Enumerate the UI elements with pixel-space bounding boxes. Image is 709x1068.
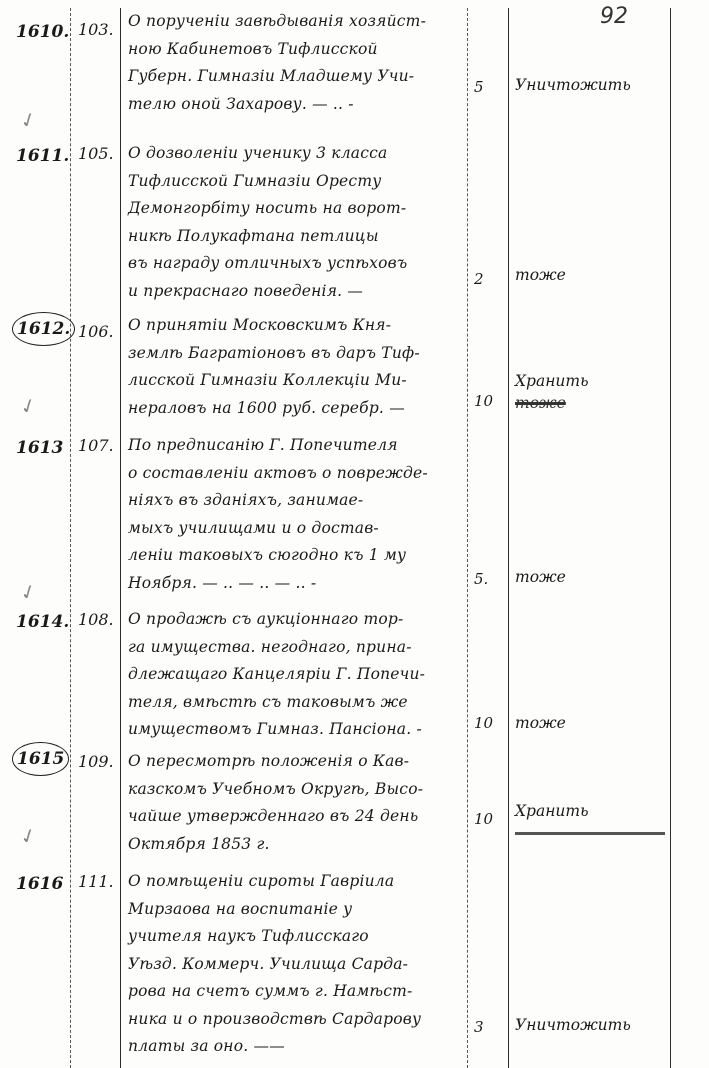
register-number-circled: 1615 [12, 742, 69, 776]
column-divider-sheets [508, 8, 509, 1068]
column-divider-content [467, 8, 468, 1068]
check-mark-icon: ✓ [16, 106, 40, 134]
register-number: 1614. [16, 612, 69, 632]
page-number: 92 [600, 4, 628, 29]
entry-text: О продажѣ съ аукціоннаго тор-га имуществ… [128, 606, 463, 744]
register-number-circled: 1612. [12, 312, 75, 346]
entry-text: О дозволеніи ученику 3 классаТифлисской … [128, 140, 463, 305]
item-number: 109. [78, 752, 114, 771]
register-number: 1613 [16, 438, 63, 458]
disposition: Уничтожить [515, 1016, 631, 1034]
disposition: тоже [515, 266, 566, 284]
item-number: 103. [78, 20, 114, 39]
item-number: 105. [78, 144, 114, 163]
underline-mark [515, 832, 665, 835]
disposition: Хранить [515, 372, 589, 390]
disposition: тоже [515, 568, 566, 586]
sheet-count: 2 [474, 270, 484, 288]
sheet-count: 5 [474, 78, 484, 96]
disposition: Уничтожить [515, 76, 631, 94]
sheet-count: 3 [474, 1018, 484, 1036]
disposition: Хранить [515, 802, 589, 820]
disposition: тоже [515, 714, 566, 732]
item-number: 106. [78, 322, 114, 341]
register-number: 1611. [16, 146, 69, 166]
entry-text: По предписанію Г. Попечителяо составлені… [128, 432, 463, 597]
archival-register-page: 92 1610. 103. О порученіи завѣдыванія хо… [0, 0, 709, 1068]
column-divider-reg [70, 8, 71, 1068]
entry-text: О принятіи Московскимъ Кня-землѣ Баграті… [128, 312, 463, 422]
sheet-count: 5. [474, 570, 488, 588]
item-number: 111. [78, 872, 114, 891]
check-mark-icon: ✓ [16, 822, 40, 850]
entry-text: О порученіи завѣдыванія хозяйст-ною Каби… [128, 8, 463, 118]
sheet-count: 10 [474, 392, 493, 410]
item-number: 107. [78, 436, 114, 455]
disposition-struck: тоже [515, 394, 566, 412]
check-mark-icon: ✓ [16, 578, 40, 606]
sheet-count: 10 [474, 714, 493, 732]
register-number: 1616 [16, 874, 63, 894]
column-divider-disposition [670, 8, 671, 1068]
entry-text: О помѣщеніи сироты ГавріилаМирзаова на в… [128, 868, 463, 1061]
sheet-count: 10 [474, 810, 493, 828]
column-divider-num [120, 8, 121, 1068]
register-number: 1610. [16, 22, 69, 42]
item-number: 108. [78, 610, 114, 629]
entry-text: О пересмотрѣ положенія о Кав-казскомъ Уч… [128, 748, 463, 858]
check-mark-icon: ✓ [16, 392, 40, 420]
